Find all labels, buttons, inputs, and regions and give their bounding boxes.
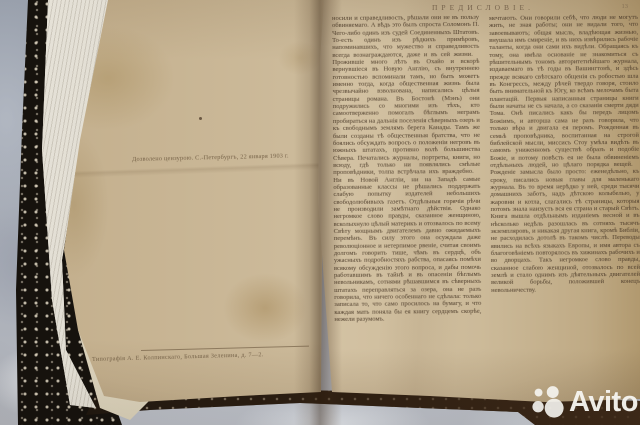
page-number: 13 <box>604 3 628 10</box>
avito-dots-icon <box>531 385 565 419</box>
avito-watermark: Avito <box>531 383 638 421</box>
book-photo: Дозволено цензурою. С.-Петербургъ, 22 ян… <box>0 0 640 425</box>
page-speck <box>199 117 202 120</box>
page-header: ПРЕДИСЛОВІЕ. <box>330 3 636 12</box>
text-column-right: мечтаютъ. Они говорили себѣ, что люди не… <box>489 14 640 392</box>
avito-watermark-label: Avito <box>569 388 638 417</box>
text-column-left: носили и справедливость, рѣшали они не в… <box>332 14 482 392</box>
